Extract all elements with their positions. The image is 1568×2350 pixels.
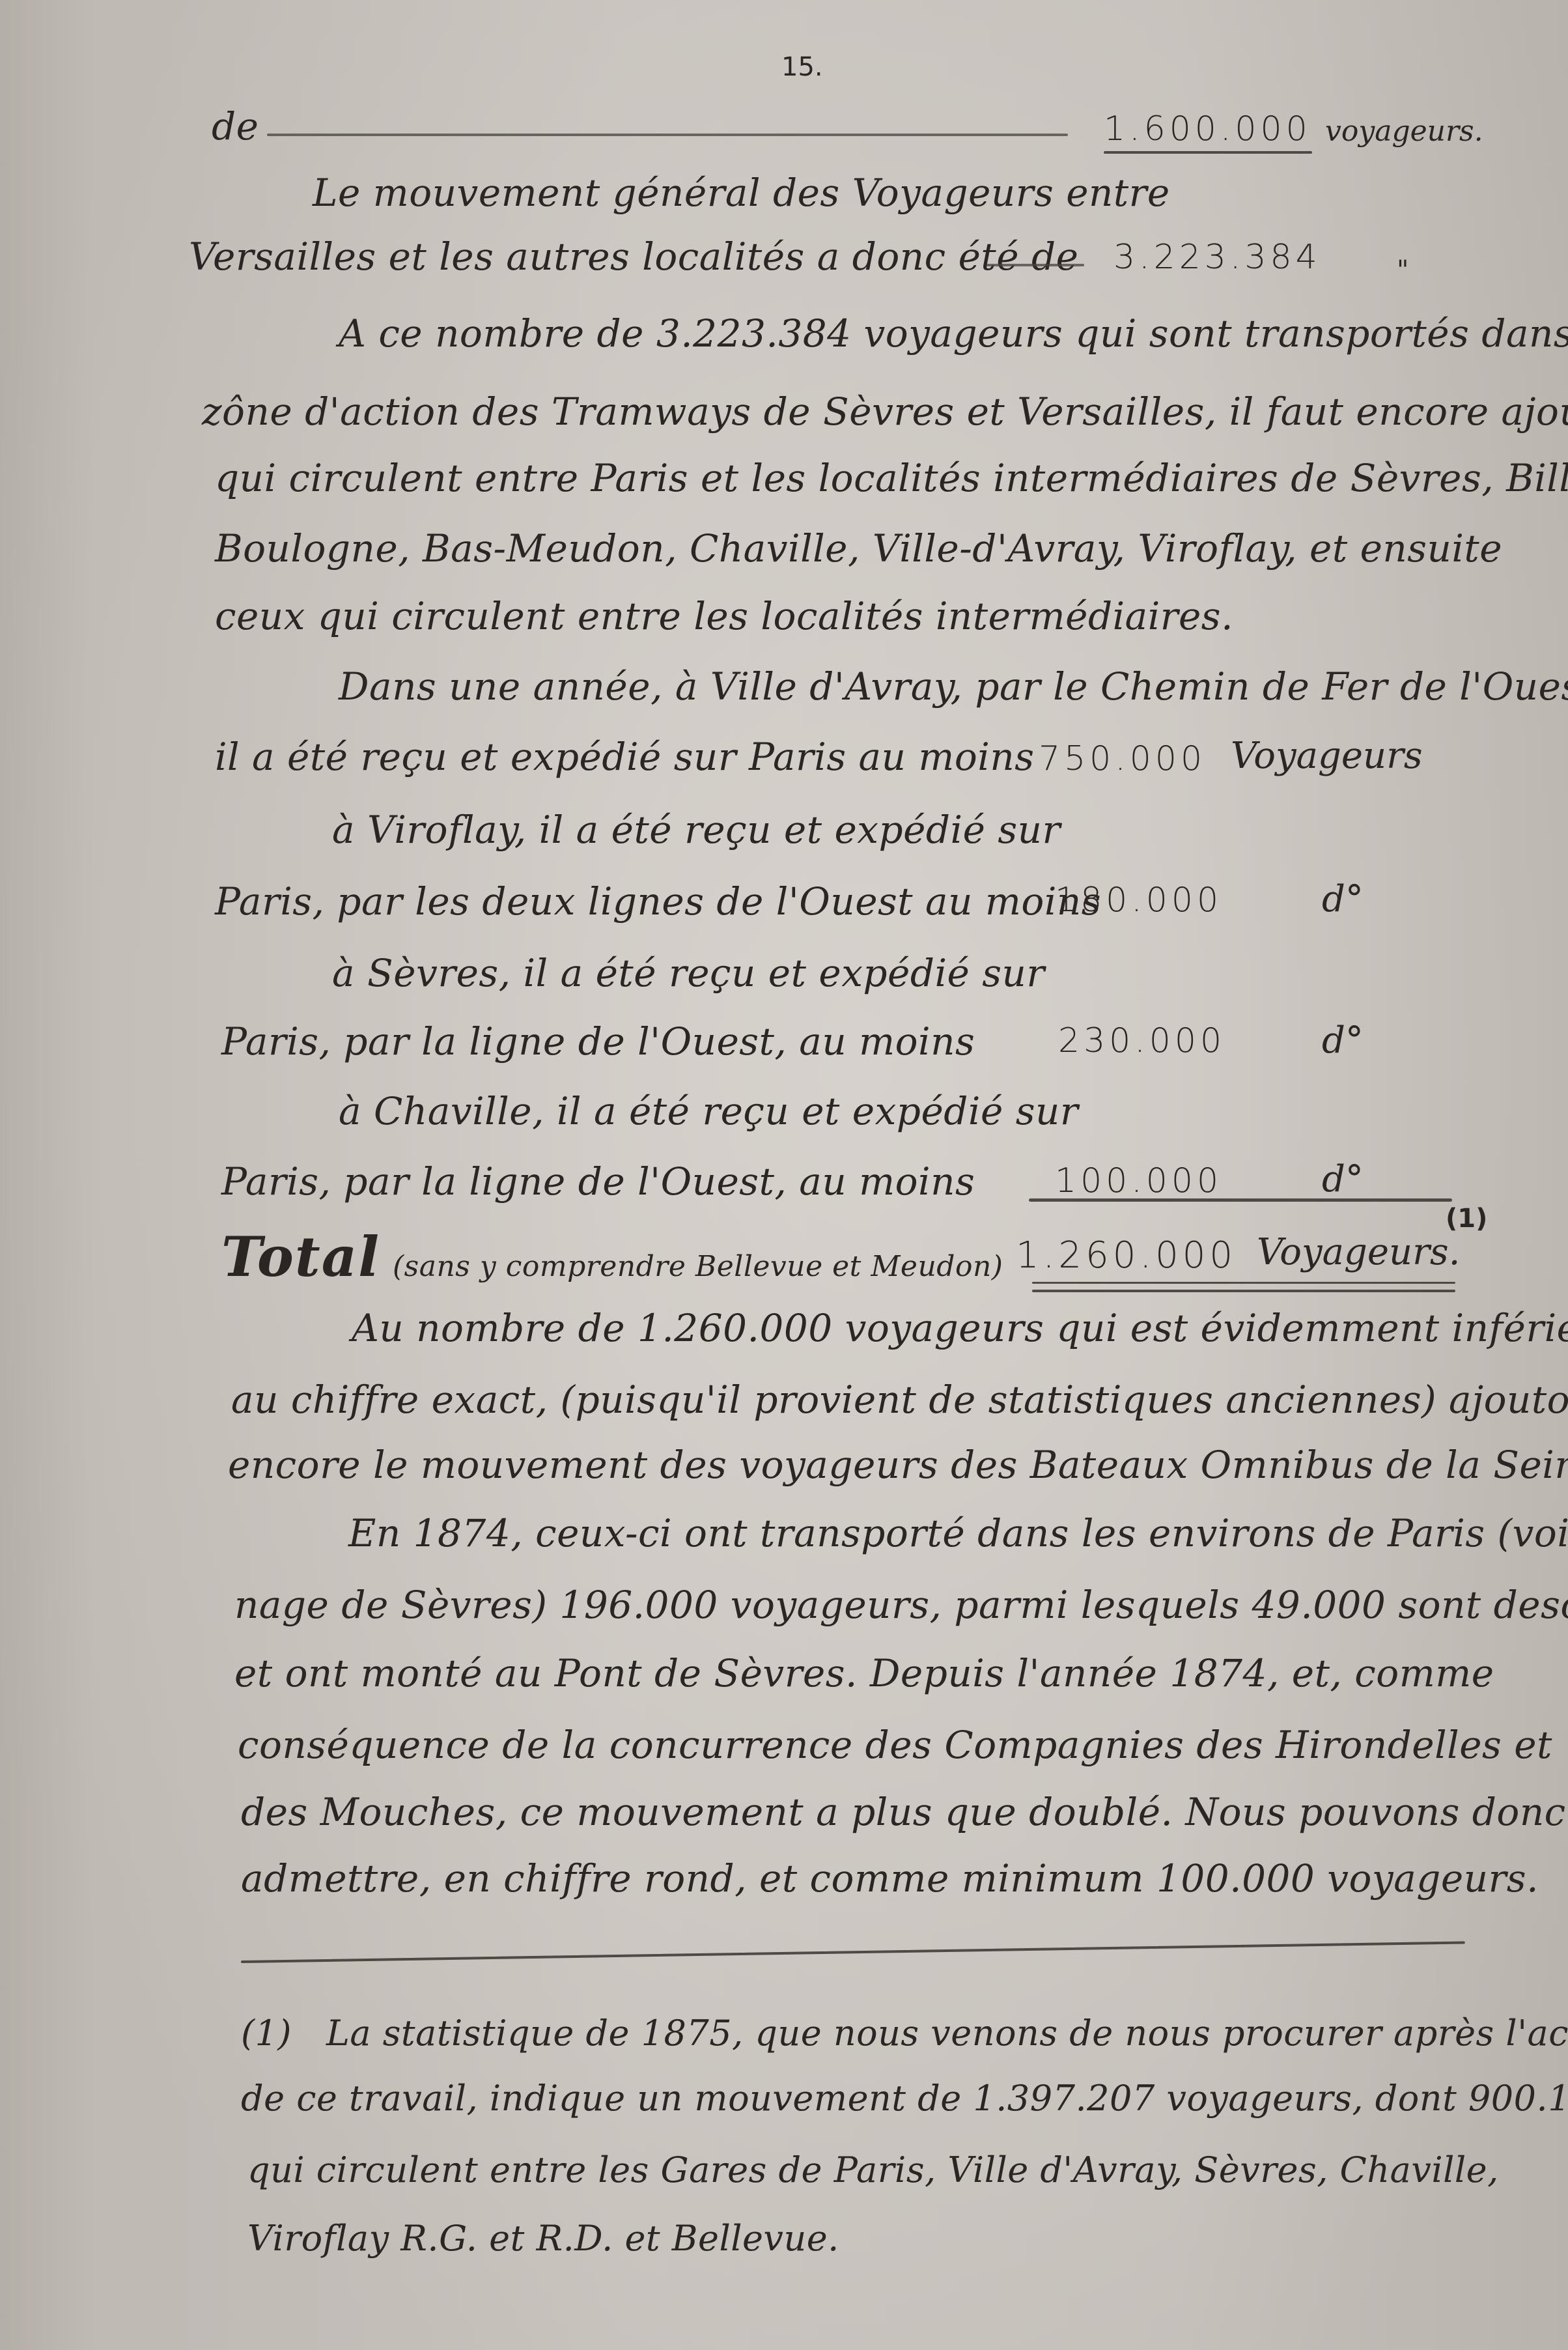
entry-value: 180.000	[1055, 881, 1222, 920]
entry-lead: à Sèvres, il a été reçu et expédié sur	[332, 951, 1045, 995]
paragraph-1-line: ceux qui circulent entre les localités i…	[215, 594, 1233, 638]
paragraph-4-line: des Mouches, ce mouvement a plus que dou…	[241, 1790, 1566, 1834]
total-double-rule-top	[1032, 1282, 1455, 1284]
leader-line	[987, 264, 1084, 266]
summary-line-2: Versailles et les autres localités a don…	[189, 234, 1078, 279]
paragraph-4-line: et ont monté au Pont de Sèvres. Depuis l…	[234, 1651, 1494, 1695]
total-double-rule-bottom	[1032, 1290, 1455, 1292]
paragraph-2-intro: Dans une année, à Ville d'Avray, par le …	[339, 664, 1568, 709]
paragraph-3-line: Au nombre de 1.260.000 voyageurs qui est…	[352, 1306, 1568, 1350]
paragraph-4-line: nage de Sèvres) 196.000 voyageurs, parmi…	[234, 1583, 1568, 1627]
top-value: 1.600.000	[1104, 109, 1311, 149]
entry-lead: à Chaville, il a été reçu et expédié sur	[339, 1089, 1078, 1133]
sum-rule	[1029, 1198, 1452, 1202]
footnote-reference: (1)	[1446, 1204, 1487, 1234]
footnote-text: La statistique de 1875, que nous venons …	[326, 2013, 1568, 2054]
paragraph-4-line: conséquence de la concurrence des Compag…	[238, 1723, 1552, 1767]
leader-line	[267, 134, 1068, 136]
top-unit: voyageurs.	[1325, 115, 1483, 148]
footnote-line: Viroflay R.G. et R.D. et Bellevue.	[247, 2218, 839, 2259]
summary-value: 3.223.384	[1113, 238, 1321, 277]
footnote-line: de ce travail, indique un mouvement de 1…	[241, 2078, 1568, 2119]
total-label: Total	[221, 1225, 380, 1289]
entry-lead: à Viroflay, il a été reçu et expédié sur	[332, 808, 1061, 852]
entry-value: 230.000	[1058, 1021, 1225, 1060]
paragraph-1-line: A ce nombre de 3.223.384 voyageurs qui s…	[339, 311, 1568, 356]
paragraph-1-line: Boulogne, Bas-Meudon, Chaville, Ville-d'…	[215, 526, 1502, 571]
top-prefix: de	[212, 104, 259, 149]
footnote-separator	[241, 1941, 1465, 1963]
top-value-underline	[1104, 151, 1312, 154]
footnote-line: qui circulent entre les Gares de Paris, …	[247, 2149, 1499, 2190]
page-number: 15.	[781, 52, 823, 82]
footnote-line: (1) La statistique de 1875, que nous ven…	[241, 2013, 1568, 2054]
entry-unit: d°	[1322, 878, 1364, 920]
paragraph-4-line: En 1874, ceux-ci ont transporté dans les…	[348, 1511, 1568, 1555]
total-note: (sans y comprendre Bellevue et Meudon)	[393, 1250, 1003, 1283]
summary-line-1: Le mouvement général des Voyageurs entre	[313, 171, 1170, 215]
paragraph-3-line: encore le mouvement des voyageurs des Ba…	[228, 1443, 1568, 1487]
paragraph-1-line: qui circulent entre Paris et les localit…	[215, 456, 1568, 500]
footnote-marker: (1)	[241, 2013, 292, 2054]
paragraph-1-line: zône d'action des Tramways de Sèvres et …	[202, 389, 1568, 434]
total-row: Total (sans y comprendre Bellevue et Meu…	[221, 1225, 1003, 1289]
entry-text: Paris, par les deux lignes de l'Ouest au…	[215, 879, 1101, 924]
entry-unit: Voyageurs	[1231, 735, 1423, 777]
entry-value: 750.000	[1039, 739, 1206, 778]
entry-text: Paris, par la ligne de l'Ouest, au moins	[221, 1019, 975, 1064]
entry-unit: d°	[1322, 1158, 1364, 1200]
total-value: 1.260.000	[1016, 1234, 1237, 1277]
entry-text: il a été reçu et expédié sur Paris au mo…	[215, 735, 1034, 779]
paragraph-4-line: admettre, en chiffre rond, et comme mini…	[241, 1856, 1539, 1901]
entry-value: 100.000	[1055, 1161, 1222, 1200]
paragraph-3-line: au chiffre exact, (puisqu'il provient de…	[231, 1378, 1568, 1422]
total-unit: Voyageurs.	[1257, 1231, 1460, 1273]
entry-text: Paris, par la ligne de l'Ouest, au moins	[221, 1159, 975, 1204]
summary-mark: "	[1397, 255, 1409, 285]
entry-unit: d°	[1322, 1019, 1364, 1062]
